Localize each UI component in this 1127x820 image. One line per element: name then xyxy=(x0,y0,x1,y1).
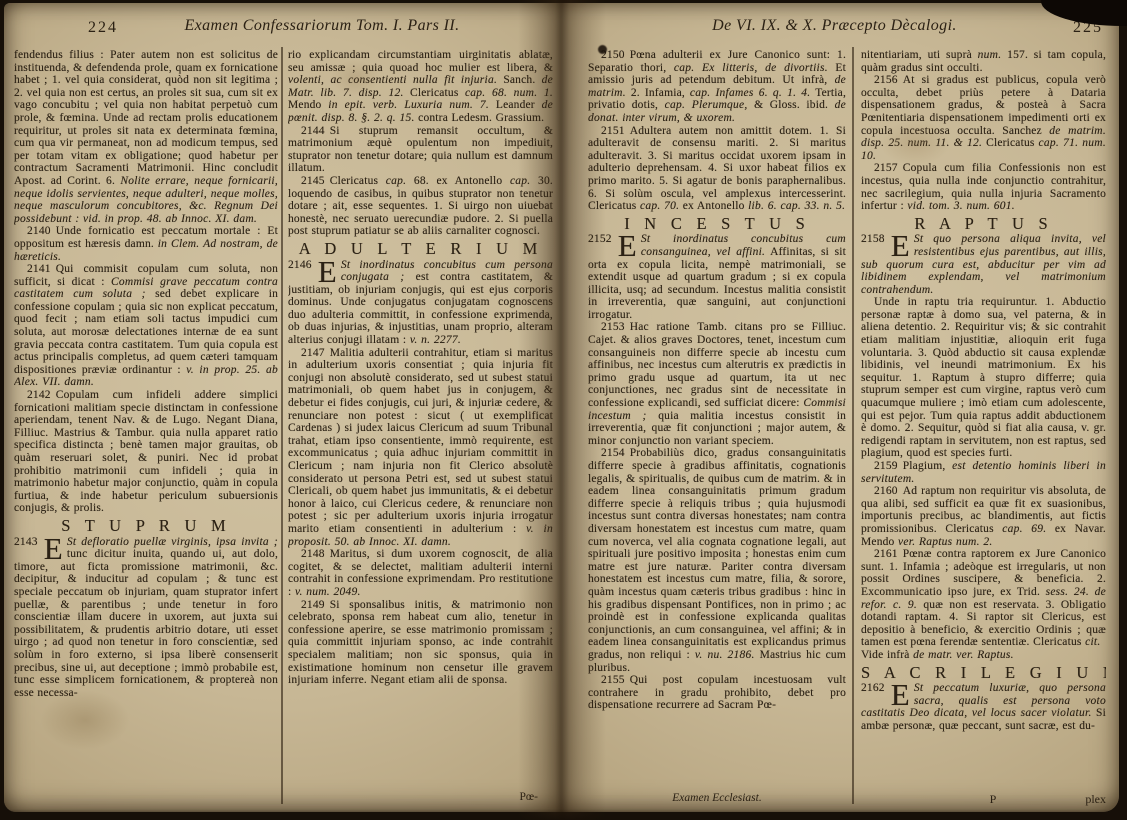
section-heading: S A C R I L E G I U M . xyxy=(861,667,1106,680)
paragraph-2158: 2158ESt quo persona aliqua invita, vel r… xyxy=(861,233,1106,296)
paragraph-2152: 2152ESt inordinatus concubitus cum consa… xyxy=(588,233,846,321)
paragraph-number: 2141 xyxy=(27,263,51,275)
left-running-title: Examen Confessariorum Tom. I. Pars II. xyxy=(114,17,530,35)
paragraph-number: 2161 xyxy=(874,548,898,560)
book-scan: { "left_page": { "page_number": "224", "… xyxy=(0,0,1127,820)
paragraph-number: 2148 xyxy=(301,548,325,560)
paragraph-2147: 2147Malitia adulterii contrahitur, etiam… xyxy=(288,347,553,549)
paragraph-number: 2153 xyxy=(601,321,625,333)
paragraph: Vide infrà de matr. ver. Raptus. xyxy=(861,649,1106,662)
left-page-catchword: Pœ- xyxy=(288,791,538,803)
paragraph-number: 2154 xyxy=(601,447,625,459)
right-page: De VI. IX. & X. Præcepto Dècalogi. 225 2… xyxy=(560,3,1119,812)
paragraph-2142: 2142Copulam cum infideli addere simplici… xyxy=(14,389,278,515)
paragraph-number: 2156 xyxy=(874,74,898,86)
paragraph-2143: 2143ESt defloratio puellæ virginis, ipsa… xyxy=(14,536,278,700)
paragraph-2153: 2153Hac ratione Tamb. citans pro se Fill… xyxy=(588,321,846,447)
paragraph-2141: 2141Qui commisit copulam cum soluta, non… xyxy=(14,263,278,389)
paragraph: fendendus filius : Pater autem non est s… xyxy=(14,49,278,225)
drop-cap: E xyxy=(890,233,914,258)
right-page-column-2: nitentiariam, uti suprà num. 157. si tam… xyxy=(861,49,1106,799)
paragraph-number: 2155 xyxy=(601,674,625,686)
paragraph-2144: 2144Si stuprum remansit occultum, & matr… xyxy=(288,125,553,175)
paragraph-number: 2151 xyxy=(601,125,625,137)
paragraph-number: 2146 xyxy=(288,259,312,272)
paragraph: rio explicandam circumstantiam uirginita… xyxy=(288,49,553,125)
paragraph-number: 2142 xyxy=(27,389,51,401)
column-divider-rule xyxy=(281,47,283,804)
paragraph-2159: 2159Plagium, est detentio hominis liberi… xyxy=(861,460,1106,485)
paragraph-2151: 2151Adultera autem non amittit dotem. 1.… xyxy=(588,125,846,213)
paragraph-2157: 2157Copula cum filia Confessionis non es… xyxy=(861,162,1106,212)
paragraph: nitentiariam, uti suprà num. 157. si tam… xyxy=(861,49,1106,74)
paragraph-number: 2159 xyxy=(874,460,898,472)
paragraph-number: 2140 xyxy=(27,225,51,237)
left-page: 224 Examen Confessariorum Tom. I. Pars I… xyxy=(4,3,560,812)
column-divider-rule xyxy=(852,47,854,804)
paragraph-number: 2144 xyxy=(301,125,325,137)
paragraph-2150: 2150Pœna adulterii ex Jure Canonico sunt… xyxy=(588,49,846,125)
paragraph: Unde in raptu tria requiruntur. 1. Abduc… xyxy=(861,296,1106,460)
signature-mark: P xyxy=(990,792,997,807)
paragraph-number: 2147 xyxy=(301,347,325,359)
paragraph-number: 2145 xyxy=(301,175,325,187)
paragraph-2154: 2154Probabiliùs dico, gradus consanguini… xyxy=(588,447,846,674)
paragraph-2161: 2161Pœnæ contra raptorem ex Jure Canonic… xyxy=(861,548,1106,649)
paragraph-2140: 2140Unde fornicatio est peccatum mortale… xyxy=(14,225,278,263)
left-page-column-1: fendendus filius : Pater autem non est s… xyxy=(14,49,278,799)
paragraph-2145: 2145Clericatus cap. 68. ex Antonello cap… xyxy=(288,175,553,238)
drop-cap: E xyxy=(317,259,341,284)
paragraph-number: 2149 xyxy=(301,599,325,611)
footer-signature-title: Examen Ecclesiast. xyxy=(588,792,846,804)
paragraph-number: 2158 xyxy=(861,233,885,246)
paragraph-2146: 2146ESt inordinatus concubitus cum perso… xyxy=(288,259,553,347)
drop-cap: E xyxy=(617,233,641,258)
section-heading: A D U L T E R I U M xyxy=(288,243,553,256)
right-page-catchword: plex xyxy=(1085,792,1106,807)
right-page-catch-row: P plex xyxy=(861,792,1106,807)
paragraph-2155: 2155Qui post copulam incestuosam vult co… xyxy=(588,674,846,712)
paragraph-2148: 2148Maritus, si dum uxorem cognoscit, de… xyxy=(288,548,553,598)
paragraph-2162: 2162ESt peccatum luxuriæ, quo persona sa… xyxy=(861,682,1106,732)
paragraph-2149: 2149Si sponsalibus initis, & matrimonio … xyxy=(288,599,553,687)
paragraph-2160: 2160Ad raptum non requiritur vis absolut… xyxy=(861,485,1106,548)
right-page-column-1: 2150Pœna adulterii ex Jure Canonico sunt… xyxy=(588,49,846,791)
drop-cap: E xyxy=(43,536,67,561)
left-page-column-2: rio explicandam circumstantiam uirginita… xyxy=(288,49,553,799)
paragraph-number: 2152 xyxy=(588,233,612,246)
section-heading: I N C E S T U S xyxy=(588,218,846,231)
paragraph-number: 2157 xyxy=(874,162,898,174)
drop-cap: E xyxy=(890,682,914,707)
paragraph-2156: 2156At si gradus est publicus, copula ve… xyxy=(861,74,1106,162)
paragraph-number: 2143 xyxy=(14,536,38,549)
bottom-edge-shadow xyxy=(0,809,1127,820)
right-running-title: De VI. IX. & X. Præcepto Dècalogi. xyxy=(620,17,1049,35)
paragraph-number: 2162 xyxy=(861,682,885,695)
paragraph-number: 2150 xyxy=(601,49,625,61)
paragraph-number: 2160 xyxy=(874,485,898,497)
